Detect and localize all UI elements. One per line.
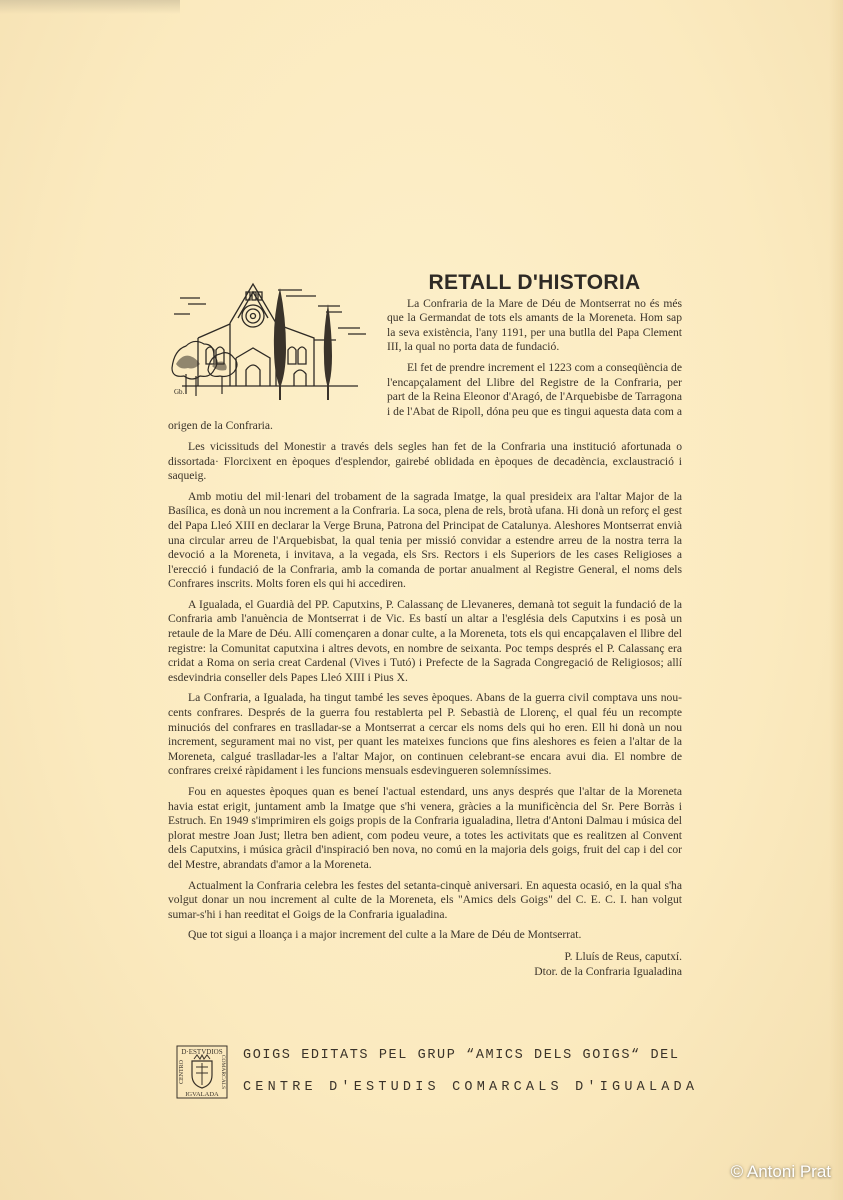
- footer: D·ESTVDIOS IGVALADA CENTRO COMARCALS GOI…: [176, 1043, 696, 1103]
- svg-text:COMARCALS: COMARCALS: [220, 1055, 226, 1089]
- signature-role: Dtor. de la Confraria Igualadina: [168, 964, 682, 979]
- footer-line-1: GOIGS EDITATS PEL GRUP “AMICS DELS GOIGS…: [243, 1048, 680, 1063]
- paragraph: Fou en aquestes èpoques quan es beneí l'…: [168, 785, 682, 873]
- paragraph: A Igualada, el Guardià del PP. Caputxins…: [168, 598, 682, 686]
- signature: P. Lluís de Reus, caputxí. Dtor. de la C…: [168, 949, 682, 979]
- crest-icon: D·ESTVDIOS IGVALADA CENTRO COMARCALS: [176, 1045, 228, 1099]
- page-edge-shadow: [0, 0, 180, 14]
- copyright-watermark: © Antoni Prat: [731, 1162, 831, 1182]
- church-illustration: Gb.: [168, 278, 373, 406]
- paragraph: Les vicissituds del Monestir a través de…: [168, 440, 682, 484]
- paragraph: La Confraria, a Igualada, ha tingut tamb…: [168, 691, 682, 779]
- paragraph: Actualment la Confraria celebra les fest…: [168, 879, 682, 923]
- svg-text:IGVALADA: IGVALADA: [185, 1091, 219, 1098]
- bleed-through: [80, 125, 88, 156]
- illustration-signature: Gb.: [174, 388, 185, 396]
- signature-name: P. Lluís de Reus, caputxí.: [168, 949, 682, 964]
- paragraph: Que tot sigui a lloança i a major increm…: [168, 928, 682, 943]
- page-edge-right: [829, 0, 843, 1200]
- svg-text:CENTRO: CENTRO: [179, 1059, 185, 1084]
- footer-line-2: CENTRE D'ESTUDIS COMARCALS D'IGUALADA: [243, 1080, 698, 1095]
- paragraph: Amb motiu del mil·lenari del trobament d…: [168, 490, 682, 592]
- article: Gb. RETALL D'HISTORIA La Confraria de la…: [168, 276, 682, 979]
